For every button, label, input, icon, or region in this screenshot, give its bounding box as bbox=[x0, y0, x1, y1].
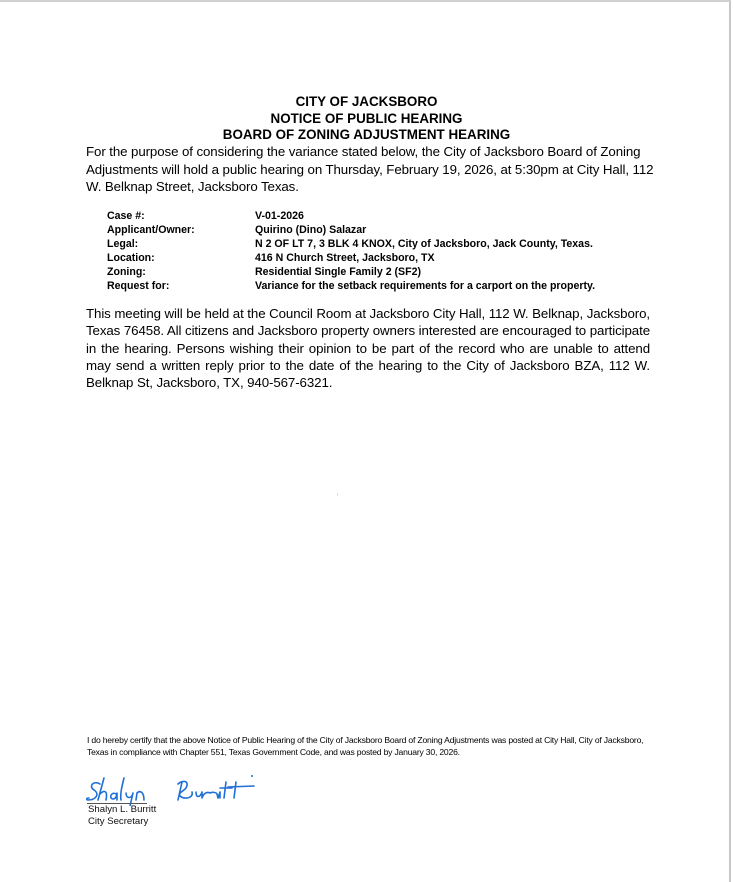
detail-label: Location: bbox=[107, 251, 255, 265]
signer-block: Shalyn L. Burritt City Secretary bbox=[88, 804, 156, 827]
detail-label: Legal: bbox=[107, 237, 255, 251]
detail-value: Variance for the setback requirements fo… bbox=[255, 279, 657, 293]
signer-title: City Secretary bbox=[88, 816, 156, 828]
scan-speck bbox=[337, 493, 338, 496]
document-page: CITY OF JACKSBORO NOTICE OF PUBLIC HEARI… bbox=[0, 0, 731, 882]
certification-statement: I do hereby certify that the above Notic… bbox=[87, 735, 653, 758]
detail-value: N 2 OF LT 7, 3 BLK 4 KNOX, City of Jacks… bbox=[255, 237, 657, 251]
detail-request: Request for: Variance for the setback re… bbox=[107, 279, 657, 293]
signer-name: Shalyn L. Burritt bbox=[88, 804, 156, 816]
detail-label: Request for: bbox=[107, 279, 255, 293]
title-notice: NOTICE OF PUBLIC HEARING bbox=[0, 111, 733, 128]
detail-label: Zoning: bbox=[107, 265, 255, 279]
notice-title: CITY OF JACKSBORO NOTICE OF PUBLIC HEARI… bbox=[0, 94, 733, 144]
detail-value: 416 N Church Street, Jacksboro, TX bbox=[255, 251, 657, 265]
detail-value: V-01-2026 bbox=[255, 209, 657, 223]
detail-label: Case #: bbox=[107, 209, 255, 223]
detail-zoning: Zoning: Residential Single Family 2 (SF2… bbox=[107, 265, 657, 279]
detail-value: Residential Single Family 2 (SF2) bbox=[255, 265, 657, 279]
intro-paragraph: For the purpose of considering the varia… bbox=[86, 143, 656, 196]
handwritten-signature bbox=[86, 774, 266, 806]
detail-case-number: Case #: V-01-2026 bbox=[107, 209, 657, 223]
detail-location: Location: 416 N Church Street, Jacksboro… bbox=[107, 251, 657, 265]
case-details: Case #: V-01-2026 Applicant/Owner: Quiri… bbox=[107, 209, 657, 293]
detail-label: Applicant/Owner: bbox=[107, 223, 255, 237]
title-city: CITY OF JACKSBORO bbox=[0, 94, 733, 111]
detail-value: Quirino (Dino) Salazar bbox=[255, 223, 657, 237]
detail-applicant: Applicant/Owner: Quirino (Dino) Salazar bbox=[107, 223, 657, 237]
meeting-paragraph: This meeting will be held at the Council… bbox=[86, 305, 650, 391]
title-board: BOARD OF ZONING ADJUSTMENT HEARING bbox=[0, 127, 733, 144]
detail-legal: Legal: N 2 OF LT 7, 3 BLK 4 KNOX, City o… bbox=[107, 237, 657, 251]
